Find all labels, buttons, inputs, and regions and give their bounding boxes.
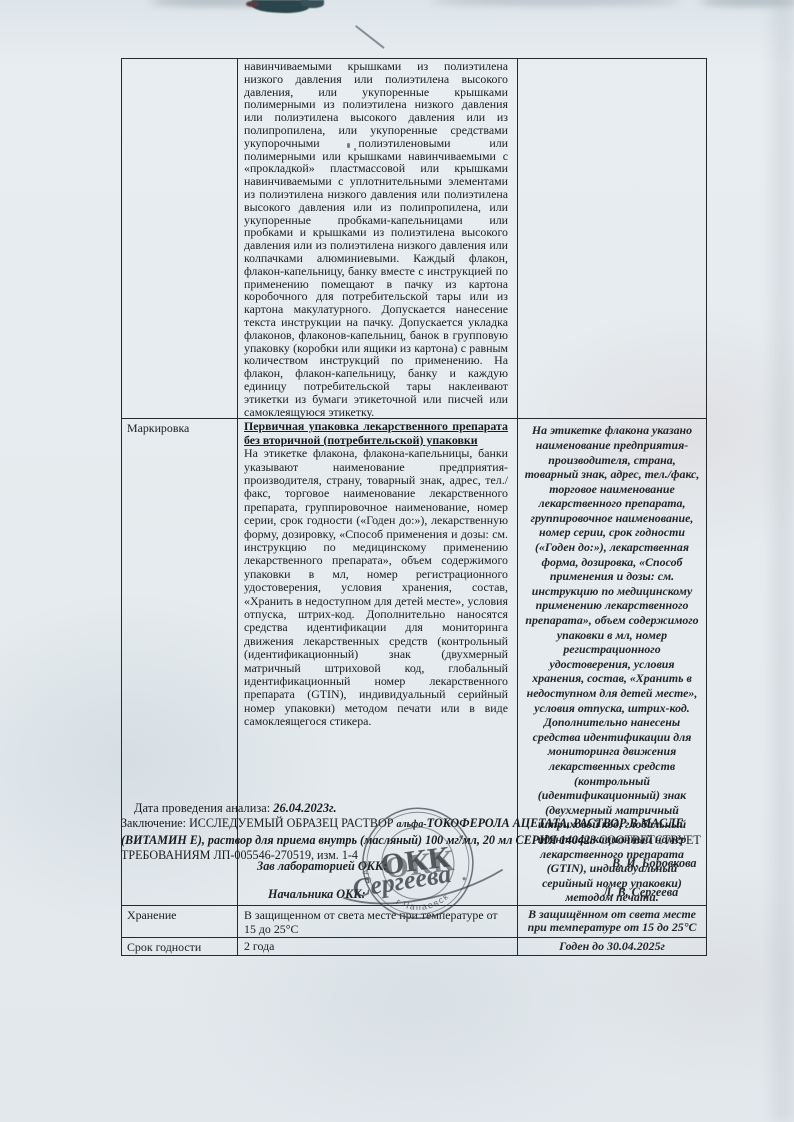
scan-artifact-speck [246, 1, 259, 7]
shelf-life-text-cell: 2 года [238, 937, 518, 955]
storage-note-cell: В защищённом от света месте при температ… [518, 905, 707, 937]
head-lab-signature-name: В. И. Боровкова [612, 856, 697, 871]
shelf-life-note-cell: Годен до 30.04.2025г [518, 937, 707, 955]
analysis-date-label: Дата проведения анализа: [134, 801, 270, 815]
storage-label-cell: Хранение [122, 905, 238, 937]
head-okk-signature-name: Л. В. Сергеева [603, 885, 678, 900]
handwritten-signature: Сергеева [338, 838, 510, 912]
packaging-label-cell [122, 59, 238, 419]
shelf-life-label-cell: Срок годности [122, 937, 238, 955]
marking-heading: Первичная упаковка лекарственного препар… [244, 420, 508, 447]
conclusion-label: Заключение: [121, 816, 186, 830]
scanned-quality-document: навинчиваемыми крышками из полиэтилена н… [0, 0, 794, 1122]
table-row-shelf-life: Срок годности 2 года Годен до 30.04.2025… [122, 937, 707, 955]
packaging-note-cell [518, 59, 707, 419]
packaging-text-cell: навинчиваемыми крышками из полиэтилена н… [238, 59, 518, 419]
analysis-date-value: 26.04.2023г. [273, 801, 336, 815]
scan-shadow [430, 0, 680, 5]
scan-edge-shadow [772, 0, 794, 1122]
marking-body: На этикетке флакона, флакона-капельницы,… [244, 446, 508, 728]
scan-artifact-blob [301, 0, 324, 8]
scan-scratch [355, 25, 384, 48]
table-row-packaging: навинчиваемыми крышками из полиэтилена н… [122, 59, 707, 419]
